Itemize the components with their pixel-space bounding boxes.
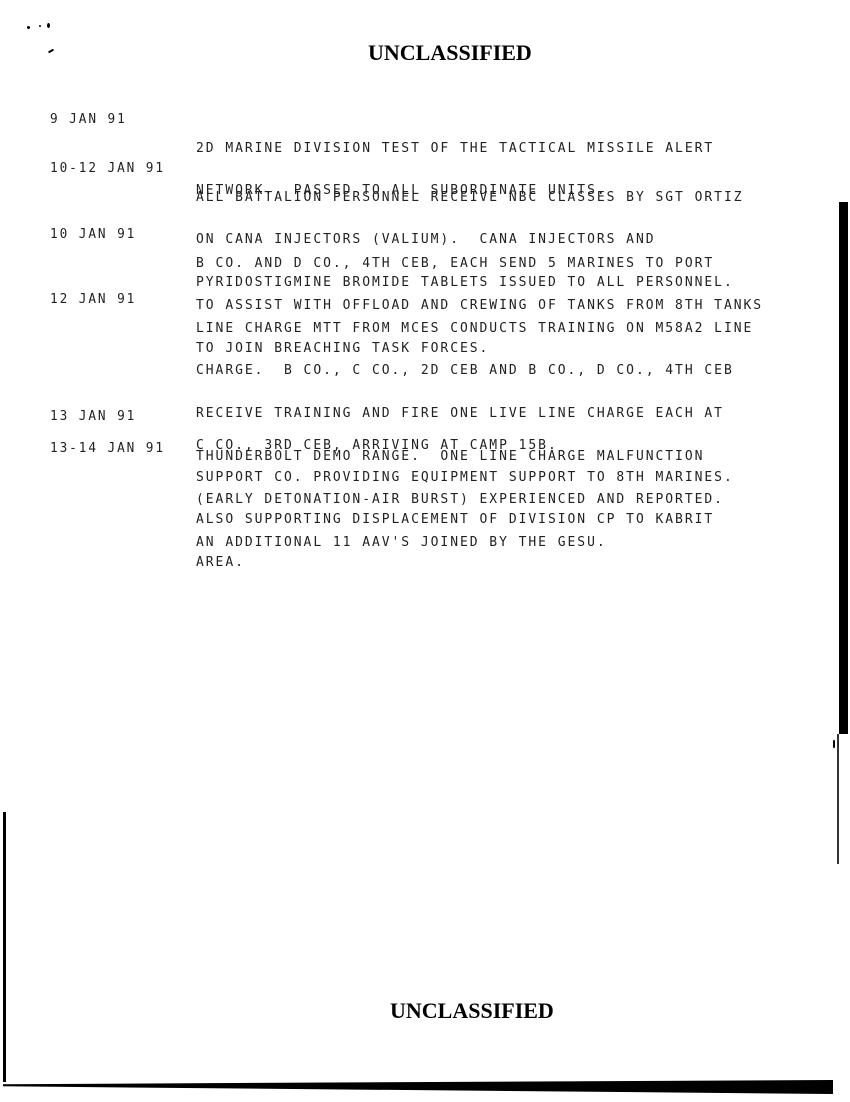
scan-speck xyxy=(48,49,54,54)
entry-date: 13 JAN 91 xyxy=(50,410,136,424)
entry-date: 10 JAN 91 xyxy=(50,228,136,242)
classification-footer: UNCLASSIFIED xyxy=(390,998,554,1024)
scan-speck xyxy=(47,23,50,28)
entry-date: 10-12 JAN 91 xyxy=(50,162,165,176)
entry-text: SUPPORT CO. PROVIDING EQUIPMENT SUPPORT … xyxy=(196,442,734,599)
entry-line: ALL BATTALION PERSONNEL RECEIVE NBC CLAS… xyxy=(196,191,744,205)
entry-line: SUPPORT CO. PROVIDING EQUIPMENT SUPPORT … xyxy=(196,471,734,485)
scan-edge-bottom xyxy=(3,1080,833,1094)
entry-line: CHARGE. B CO., C CO., 2D CEB AND B CO., … xyxy=(196,364,753,378)
entry-date: 9 JAN 91 xyxy=(50,113,127,127)
entry-date: 13-14 JAN 91 xyxy=(50,442,165,456)
classification-header: UNCLASSIFIED xyxy=(368,40,532,66)
entry-line: B CO. AND D CO., 4TH CEB, EACH SEND 5 MA… xyxy=(196,257,763,271)
entry-date: 12 JAN 91 xyxy=(50,293,136,307)
entry-line: 2D MARINE DIVISION TEST OF THE TACTICAL … xyxy=(196,142,714,156)
entry-line: AREA. xyxy=(196,556,734,570)
document-page: UNCLASSIFIED 9 JAN 91 2D MARINE DIVISION… xyxy=(0,0,850,1102)
scan-edge-left xyxy=(3,812,6,1082)
scan-edge-right-faint xyxy=(837,734,839,864)
entry-line: ALSO SUPPORTING DISPLACEMENT OF DIVISION… xyxy=(196,513,734,527)
scan-speck xyxy=(39,25,41,27)
scan-speck xyxy=(27,26,30,29)
scan-edge-right xyxy=(839,202,848,734)
entry-line: LINE CHARGE MTT FROM MCES CONDUCTS TRAIN… xyxy=(196,322,753,336)
scan-speck xyxy=(833,740,835,748)
